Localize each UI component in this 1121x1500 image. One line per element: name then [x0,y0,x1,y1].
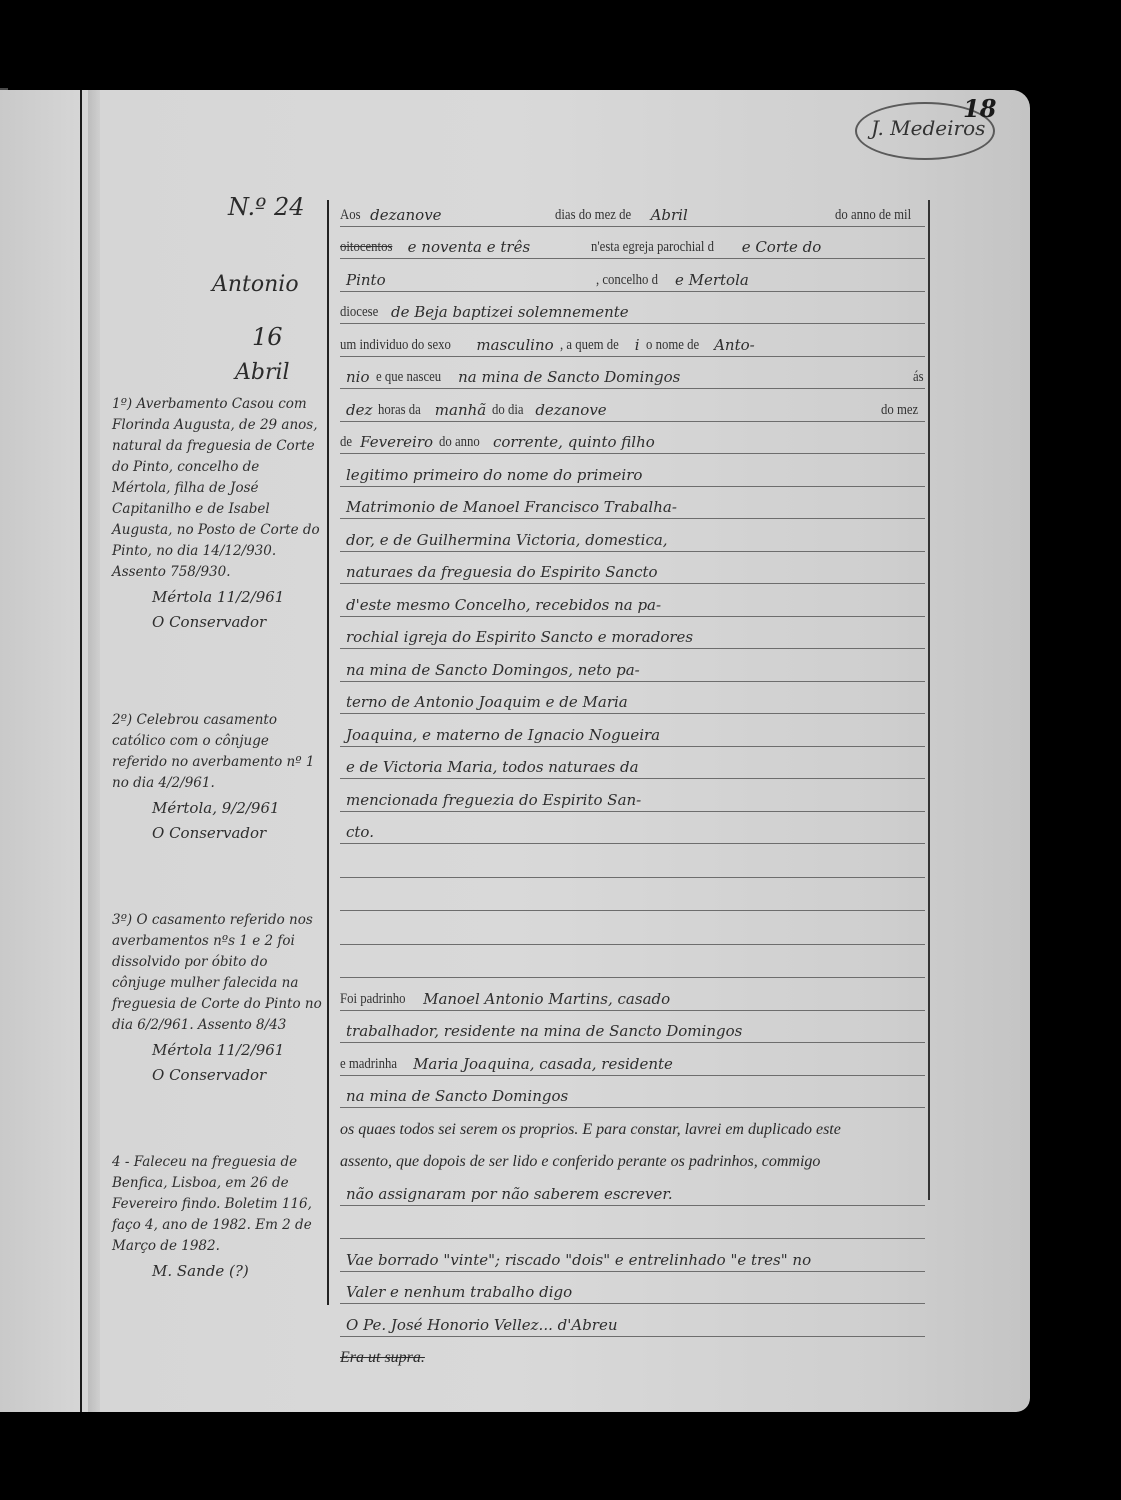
handwritten-text: rochial igreja do Espirito Sancto e mora… [340,628,925,646]
handwritten-birth-year: corrente, quinto filho [487,433,925,451]
handwritten-text: i [629,336,646,354]
entry-line: Aos dezanove dias do mez de Abril do ann… [340,194,925,227]
handwritten-text: mencionada freguezia do Espirito San- [340,791,925,809]
handwritten-text: naturaes da freguesia do Espirito Sancto [340,563,925,581]
right-column-rule [928,200,930,1200]
handwritten-month: Abril [645,206,836,224]
annotation-text: Faleceu na freguesia de Benfica, Lisboa,… [112,1154,312,1254]
godfather-line-2: trabalhador, residente na mina de Sancto… [340,1011,925,1044]
annotation-place-date: Mértola 11/2/961 [112,587,322,608]
blank-line [340,911,925,945]
handwritten-closing: não assignaram por não saberem escrever. [340,1185,925,1203]
entry-line: cto. [340,812,925,845]
annotation-4: 4 - Faleceu na freguesia de Benfica, Lis… [112,1152,322,1282]
handwritten-godfather-details: trabalhador, residente na mina de Sancto… [340,1022,925,1040]
entry-line: diocese de Beja baptizei solemnemente [340,292,925,325]
annotation-place-date: Mértola 11/2/961 [112,1040,322,1061]
handwritten-name-cont: nio [340,368,376,386]
handwritten-text: terno de Antonio Joaquim e de Maria [340,693,925,711]
handwritten-diocese: de Beja baptizei solemnemente [385,303,925,321]
blank-line [340,945,925,979]
entry-line: nio e que nasceu na mina de Sancto Domin… [340,357,925,390]
handwritten-text: na mina de Sancto Domingos, neto pa- [340,661,925,679]
printed-closing: assento, que dopois de ser lido e confer… [340,1153,820,1171]
handwritten-godmother: Maria Joaquina, casada, residente [407,1055,925,1073]
annotation-signature: O Conservador [112,612,322,633]
handwritten-correction-note: Vae borrado "vinte"; riscado "dois" e en… [340,1251,925,1269]
printed-text: um individuo do sexo [340,337,451,354]
annotation-label: 3º) [112,912,132,928]
handwritten-text: cto. [340,823,925,841]
handwritten-correction-note: Valer e nenhum trabalho digo [340,1283,925,1301]
entry-number: N.º 24 [228,193,305,221]
note-line-1: Vae borrado "vinte"; riscado "dois" e en… [340,1239,925,1272]
entry-line: na mina de Sancto Domingos, neto pa- [340,649,925,682]
priest-signature-line: O Pe. José Honorio Vellez... d'Abreu [340,1304,925,1337]
handwritten-parish-cont: Pinto [340,271,596,289]
margin-month: Abril [235,360,290,385]
annotation-label: 2º) [112,712,132,728]
handwritten-godmother-details: na mina de Sancto Domingos [340,1087,925,1105]
entry-line: dez horas da manhã do dia dezanove do me… [340,389,925,422]
annotation-text: Casou com Florinda Augusta, de 29 anos, … [112,396,320,580]
folio-number: 18 [963,94,996,123]
blank-line [340,844,925,878]
printed-text: de [340,434,352,451]
handwritten-text: legitimo primeiro do nome do primeiro [340,466,925,484]
entry-line: terno de Antonio Joaquim e de Maria [340,682,925,715]
handwritten-godfather: Manoel Antonio Martins, casado [417,990,925,1008]
page-gutter [88,90,100,1412]
handwritten-name: Anto- [708,336,925,354]
godfather-line: Foi padrinho Manoel Antonio Martins, cas… [340,978,925,1011]
closing-fill-line: não assignaram por não saberem escrever. [340,1173,925,1206]
annotation-signature: M. Sande (?) [112,1261,322,1282]
entry-line: naturaes da freguesia do Espirito Sancto [340,552,925,585]
annotation-3: 3º) O casamento referido nos averbamento… [112,910,322,1086]
entry-line: dor, e de Guilhermina Victoria, domestic… [340,519,925,552]
register-page: J. Medeiros 18 N.º 24 Antonio 16 Abril 1… [0,90,1030,1412]
printed-era-ut-supra: Era ut supra. [340,1349,425,1367]
note-line-2: Valer e nenhum trabalho digo [340,1272,925,1305]
handwritten-text: dor, e de Guilhermina Victoria, domestic… [340,531,925,549]
godmother-line-2: na mina de Sancto Domingos [340,1076,925,1109]
printed-text: e que nasceu [376,369,441,386]
handwritten-day: dezanove [364,206,555,224]
printed-text: do dia [492,402,524,419]
handwritten-municipality: e Mertola [669,271,925,289]
margin-name: Antonio [212,272,299,297]
printed-text: do anno de mil [835,207,911,224]
annotation-label: 4 - [112,1154,129,1170]
binding-line [80,90,82,1412]
closing-line-2: assento, que dopois de ser lido e confer… [340,1141,925,1174]
annotation-text: O casamento referido nos averbamentos nº… [112,912,322,1033]
printed-text: do mez [881,402,918,419]
printed-text: Foi padrinho [340,991,406,1008]
annotation-signature: O Conservador [112,823,322,844]
handwritten-birth-month: Fevereiro [354,433,439,451]
priest-signature: O Pe. José Honorio Vellez... d'Abreu [340,1316,925,1334]
blank-line [340,878,925,912]
entry-line: d'este mesmo Concelho, recebidos na pa- [340,584,925,617]
margin-column-rule [327,200,329,1305]
printed-text-struck: oitocentos [340,239,392,256]
annotation-label: 1º) Averbamento [112,396,228,412]
entry-line: mencionada freguezia do Espirito San- [340,779,925,812]
entry-line: um individuo do sexo masculino , a quem … [340,324,925,357]
godmother-line: e madrinha Maria Joaquina, casada, resid… [340,1043,925,1076]
handwritten-text: Matrimonio de Manoel Francisco Trabalha- [340,498,925,516]
handwritten-year: e noventa e três [402,238,591,256]
handwritten-parish: e Corte do [736,238,925,256]
entry-line: de Fevereiro do anno corrente, quinto fi… [340,422,925,455]
registrar-stamp: J. Medeiros 18 [855,102,995,162]
printed-text: horas da [378,402,421,419]
handwritten-birth-day: dezanove [529,401,881,419]
handwritten-sex: masculino [470,336,559,354]
entry-line: Pinto , concelho d e Mertola [340,259,925,292]
printed-closing: os quaes todos sei serem os proprios. E … [340,1121,841,1139]
closing-line-1: os quaes todos sei serem os proprios. E … [340,1108,925,1141]
printed-text: n'esta egreja parochial d [591,239,714,256]
printed-text: do anno [439,434,480,451]
printed-text: dias do mez de [555,207,631,224]
era-line: Era ut supra. [340,1337,925,1370]
handwritten-text: e de Victoria Maria, todos naturaes da [340,758,925,776]
handwritten-period: manhã [429,401,492,419]
printed-text: , concelho d [596,272,658,289]
annotation-place-date: Mértola, 9/2/961 [112,798,322,819]
entry-line: Joaquina, e materno de Ignacio Nogueira [340,714,925,747]
handwritten-birthplace: na mina de Sancto Domingos [452,368,912,386]
entry-line: oitocentos e noventa e três n'esta egrej… [340,227,925,260]
handwritten-text: d'este mesmo Concelho, recebidos na pa- [340,596,925,614]
entry-line: Matrimonio de Manoel Francisco Trabalha- [340,487,925,520]
printed-text: e madrinha [340,1056,397,1073]
printed-text: , a quem de [560,337,619,354]
printed-text: Aos [340,207,361,224]
annotation-1: 1º) Averbamento Casou com Florinda Augus… [112,394,322,633]
entry-line: rochial igreja do Espirito Sancto e mora… [340,617,925,650]
annotation-text: Celebrou casamento católico com o cônjug… [112,712,314,791]
margin-day: 16 [252,323,283,351]
baptism-entry: Aos dezanove dias do mez de Abril do ann… [340,194,925,1369]
entry-line: e de Victoria Maria, todos naturaes da [340,747,925,780]
annotation-2: 2º) Celebrou casamento católico com o cô… [112,710,322,844]
printed-text: ás [913,369,924,386]
handwritten-hour: dez [340,401,378,419]
entry-line: legitimo primeiro do nome do primeiro [340,454,925,487]
blank-line [340,1206,925,1240]
annotation-signature: O Conservador [112,1065,322,1086]
printed-text: diocese [340,304,378,321]
printed-text: o nome de [646,337,699,354]
handwritten-text: Joaquina, e materno de Ignacio Nogueira [340,726,925,744]
